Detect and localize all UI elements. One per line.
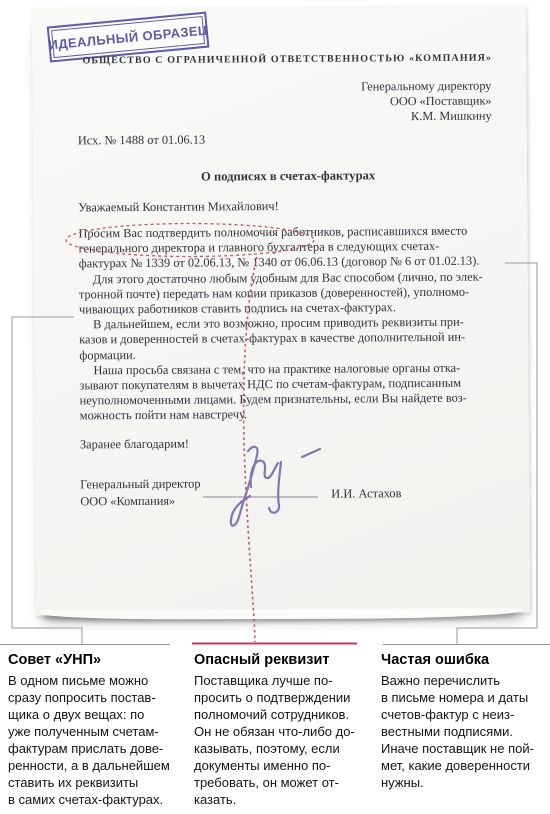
outgoing-reference: Исх. № 1488 от 01.06.13: [78, 133, 205, 149]
company-header: ОБЩЕСТВО С ОГРАНИЧЕННОЙ ОТВЕТСТВЕННОСТЬЮ…: [77, 52, 497, 66]
closing-line: Заранее благодарим!: [80, 437, 189, 453]
note-body: Поставщика лучше по- просить о подтвержд…: [194, 672, 366, 808]
paragraph-future: В дальнейшем, если это возможно, просим …: [79, 315, 503, 364]
paragraph-request: Просим Вас подтвердить полномочия работн…: [78, 223, 502, 272]
signer-name: И.И. Астахов: [331, 486, 401, 501]
note-sovet-unp: Совет «УНП» В одном письме можно сразу п…: [8, 652, 180, 808]
paragraph-method: Для этого достаточно любым удобным для В…: [79, 269, 503, 318]
signatory-title: Генеральный директор ООО «Компания»: [80, 476, 201, 510]
letter-content: ОБЩЕСТВО С ОГРАНИЧЕННОЙ ОТВЕТСТВЕННОСТЬЮ…: [32, 4, 530, 615]
note-frequent-mistake: Частая ошибка Важно перечислить в письме…: [381, 652, 545, 791]
letter-body: Просим Вас подтвердить полномочия работн…: [78, 223, 503, 424]
note-dangerous-detail: Опасный реквизит Поставщика лучше по- пр…: [194, 652, 366, 808]
note-heading: Совет «УНП»: [8, 652, 180, 668]
note-body: Важно перечислить в письме номера и даты…: [381, 672, 545, 791]
greeting-line: Уважаемый Константин Михайлович!: [78, 199, 279, 215]
paragraph-reason: Наша просьба связана с тем, что на практ…: [79, 360, 503, 424]
note-heading: Опасный реквизит: [194, 652, 366, 668]
letter-subject: О подписях в счетах-фактурах: [78, 167, 498, 185]
note-body: В одном письме можно сразу попросить пос…: [8, 672, 180, 808]
recipient-block: Генеральному директору ООО «Поставщик» К…: [361, 79, 492, 124]
letter-sheet: ИДЕАЛЬНЫЙ ОБРАЗЕЦ ОБЩЕСТВО С ОГРАНИЧЕННО…: [32, 4, 530, 615]
note-heading: Частая ошибка: [381, 652, 545, 668]
